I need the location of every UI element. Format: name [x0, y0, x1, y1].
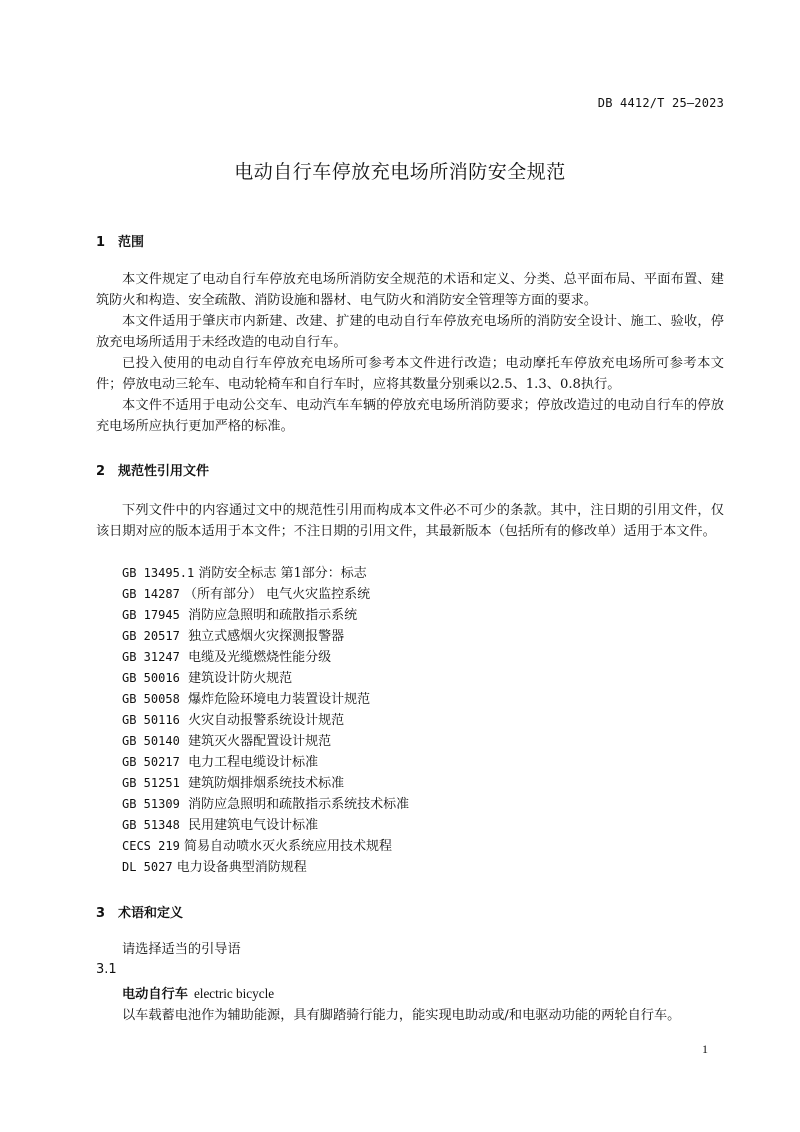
- page-number: 1: [702, 1042, 708, 1057]
- section-heading-normative-references: 2规范性引用文件: [96, 460, 209, 479]
- paragraph: 下列文件中的内容通过文中的规范性引用而构成本文件必不可少的条款。其中，注日期的引…: [96, 500, 724, 542]
- reference-item: GB 51348 民用建筑电气设计标准: [122, 815, 409, 836]
- reference-item: GB 50016 建筑设计防火规范: [122, 668, 409, 689]
- reference-item: GB 50058 爆炸危险环境电力装置设计规范: [122, 689, 409, 710]
- reference-list: GB 13495.1 消防安全标志 第1部分：标志 GB 14287 （所有部分…: [122, 563, 409, 878]
- section-scope-body: 本文件规定了电动自行车停放充电场所消防安全规范的术语和定义、分类、总平面布局、平…: [96, 269, 724, 437]
- term-number: 3.1: [96, 962, 117, 977]
- reference-item: GB 20517 独立式感烟火灾探测报警器: [122, 626, 409, 647]
- section-title: 范围: [118, 235, 144, 250]
- section-number: 3: [96, 906, 118, 921]
- reference-item: CECS 219 简易自动喷水灭火系统应用技术规程: [122, 836, 409, 857]
- reference-item: GB 51309 消防应急照明和疏散指示系统技术标准: [122, 794, 409, 815]
- reference-item: GB 50140 建筑灭火器配置设计规范: [122, 731, 409, 752]
- document-code: DB 4412/T 25—2023: [598, 96, 724, 110]
- document-title: 电动自行车停放充电场所消防安全规范: [0, 157, 800, 184]
- section-title: 术语和定义: [118, 906, 183, 921]
- term-name-zh: 电动自行车: [122, 987, 188, 1002]
- reference-item: DL 5027 电力设备典型消防规程: [122, 857, 409, 878]
- paragraph: 本文件适用于肇庆市内新建、改建、扩建的电动自行车停放充电场所的消防安全设计、施工…: [96, 311, 724, 353]
- terms-intro: 请选择适当的引导语: [122, 938, 241, 957]
- term-name-en: electric bicycle: [194, 986, 274, 1001]
- section-heading-scope: 1范围: [96, 231, 144, 250]
- paragraph: 已投入使用的电动自行车停放充电场所可参考本文件进行改造；电动摩托车停放充电场所可…: [96, 353, 724, 395]
- reference-item: GB 50217 电力工程电缆设计标准: [122, 752, 409, 773]
- section-number: 1: [96, 235, 118, 250]
- paragraph: 本文件规定了电动自行车停放充电场所消防安全规范的术语和定义、分类、总平面布局、平…: [96, 269, 724, 311]
- reference-item: GB 50116 火灾自动报警系统设计规范: [122, 710, 409, 731]
- reference-item: GB 17945 消防应急照明和疏散指示系统: [122, 605, 409, 626]
- section-references-body: 下列文件中的内容通过文中的规范性引用而构成本文件必不可少的条款。其中，注日期的引…: [96, 500, 724, 542]
- section-heading-terms-definitions: 3术语和定义: [96, 902, 183, 921]
- paragraph: 本文件不适用于电动公交车、电动汽车车辆的停放充电场所消防要求；停放改造过的电动自…: [96, 395, 724, 437]
- section-number: 2: [96, 464, 118, 479]
- term-definition: 以车载蓄电池作为辅助能源，具有脚踏骑行能力，能实现电助动或/和电驱动功能的两轮自…: [122, 1004, 680, 1023]
- document-page: DB 4412/T 25—2023 电动自行车停放充电场所消防安全规范 1范围 …: [0, 0, 800, 1132]
- section-title: 规范性引用文件: [118, 464, 209, 479]
- reference-item: GB 51251 建筑防烟排烟系统技术标准: [122, 773, 409, 794]
- term-name: 电动自行车electric bicycle: [122, 983, 274, 1002]
- reference-item: GB 31247 电缆及光缆燃烧性能分级: [122, 647, 409, 668]
- reference-item: GB 14287 （所有部分） 电气火灾监控系统: [122, 584, 409, 605]
- reference-item: GB 13495.1 消防安全标志 第1部分：标志: [122, 563, 409, 584]
